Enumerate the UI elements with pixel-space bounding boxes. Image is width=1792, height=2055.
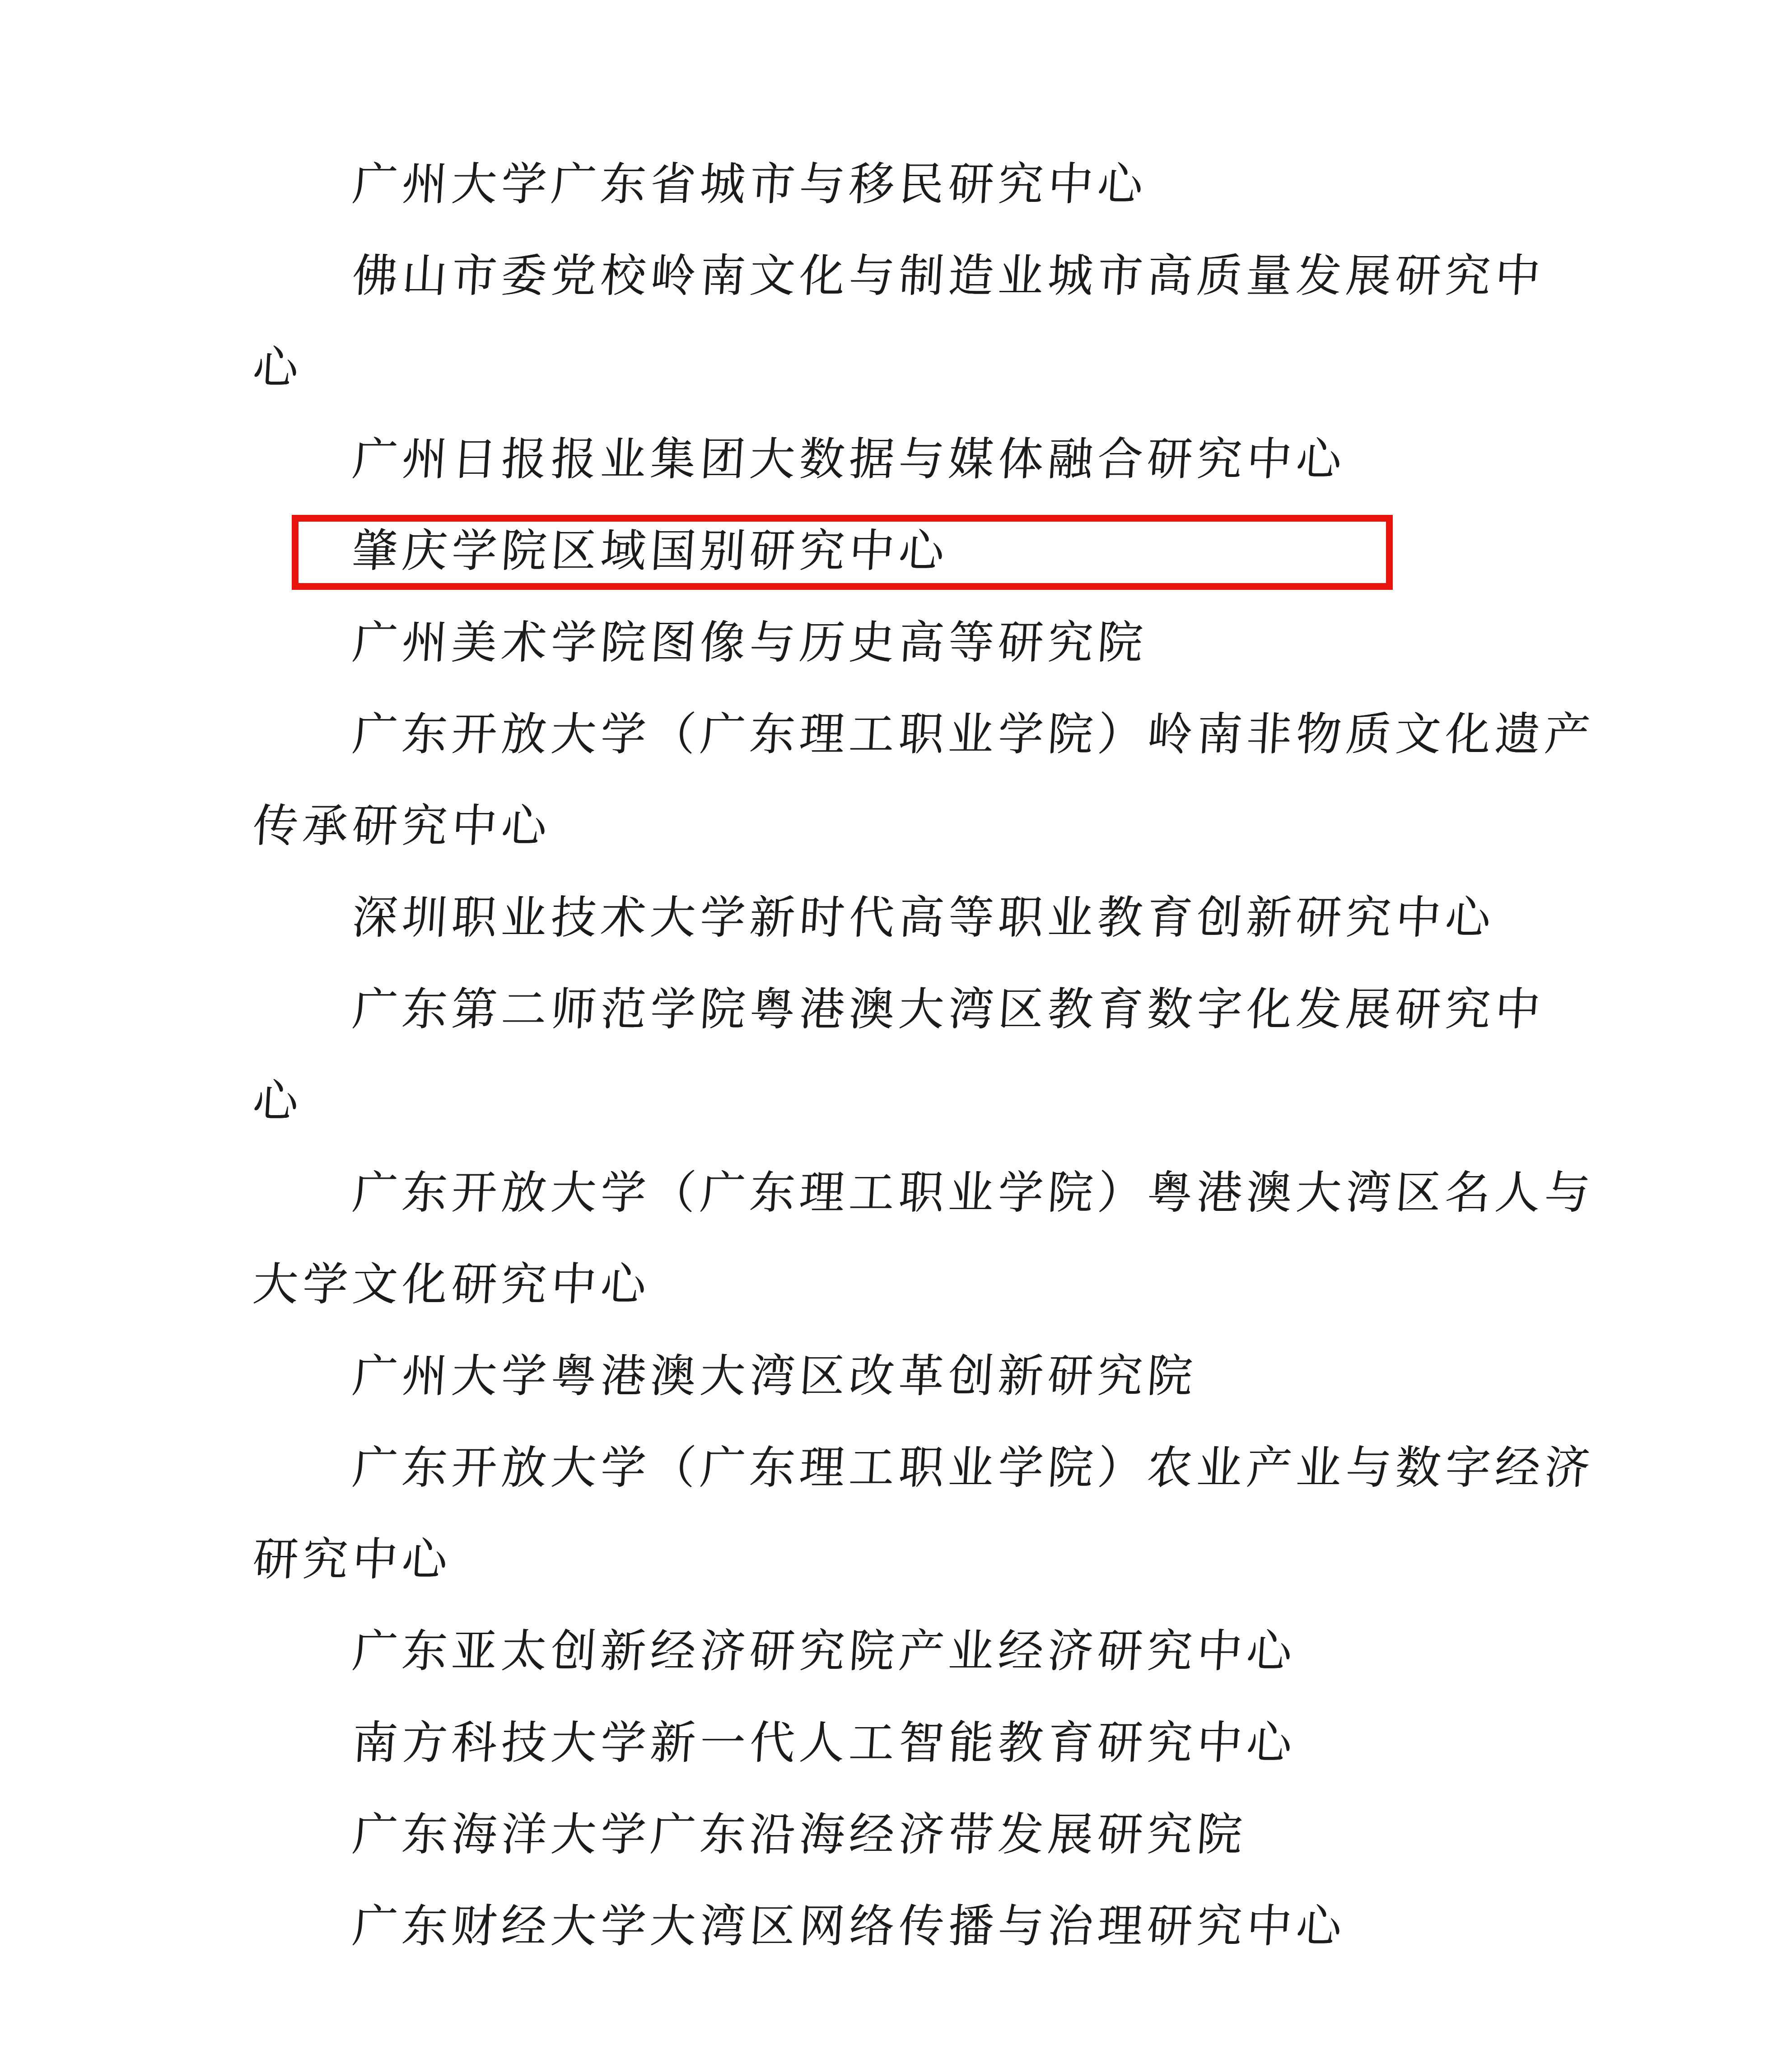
- research-center-entry: 广东开放大学（广东理工职业学院）粤港澳大湾区名人与 大学文化研究中心: [253, 1147, 1680, 1331]
- research-center-entry: 广东第二师范学院粤港澳大湾区教育数字化发展研究中 心: [253, 964, 1680, 1147]
- entry-line: 广州日报报业集团大数据与媒体融合研究中心: [253, 414, 1680, 505]
- entry-text: 广东开放大学（广东理工职业学院）粤港澳大湾区名人与: [350, 1147, 1597, 1239]
- entry-text: 大学文化研究中心: [250, 1239, 653, 1331]
- entry-line: 广州美术学院图像与历史高等研究院: [253, 597, 1680, 689]
- entry-line: 传承研究中心: [253, 780, 1680, 872]
- entry-text: 研究中心: [250, 1514, 454, 1606]
- entry-line: 广东财经大学大湾区网络传播与治理研究中心: [253, 1881, 1680, 1972]
- research-center-entry: 深圳职业技术大学新时代高等职业教育创新研究中心: [253, 872, 1680, 964]
- research-center-entry: 广州美术学院图像与历史高等研究院: [253, 597, 1680, 689]
- entry-text: 广东第二师范学院粤港澳大湾区教育数字化发展研究中: [350, 964, 1547, 1056]
- research-center-entry: 广州大学广东省城市与移民研究中心: [253, 139, 1680, 230]
- document-content: 广州大学广东省城市与移民研究中心 佛山市委党校岭南文化与制造业城市高质量发展研究…: [253, 139, 1680, 1972]
- research-center-entry: 广东开放大学（广东理工职业学院）农业产业与数字经济 研究中心: [253, 1422, 1680, 1606]
- research-center-entry: 广东亚太创新经济研究院产业经济研究中心: [253, 1606, 1680, 1697]
- entry-line: 佛山市委党校岭南文化与制造业城市高质量发展研究中: [253, 230, 1680, 322]
- entry-text: 肇庆学院区域国别研究中心: [350, 505, 951, 597]
- entry-text: 广州日报报业集团大数据与媒体融合研究中心: [350, 414, 1349, 505]
- entry-line: 深圳职业技术大学新时代高等职业教育创新研究中心: [253, 872, 1680, 964]
- entry-line: 研究中心: [253, 1514, 1680, 1606]
- entry-text: 广东海洋大学广东沿海经济带发展研究院: [350, 1789, 1249, 1881]
- entry-text: 广东开放大学（广东理工职业学院）农业产业与数字经济: [350, 1422, 1597, 1514]
- research-center-entry: 南方科技大学新一代人工智能教育研究中心: [253, 1697, 1680, 1789]
- entry-text: 南方科技大学新一代人工智能教育研究中心: [350, 1697, 1299, 1789]
- entry-line: 广东开放大学（广东理工职业学院）农业产业与数字经济: [253, 1422, 1680, 1514]
- research-center-entry: 广东海洋大学广东沿海经济带发展研究院: [253, 1789, 1680, 1881]
- entry-text: 广州美术学院图像与历史高等研究院: [350, 597, 1150, 689]
- entry-line: 南方科技大学新一代人工智能教育研究中心: [253, 1697, 1680, 1789]
- research-center-entry: 广州日报报业集团大数据与媒体融合研究中心: [253, 414, 1680, 505]
- research-center-entry: 广东财经大学大湾区网络传播与治理研究中心: [253, 1881, 1680, 1972]
- entry-line: 肇庆学院区域国别研究中心: [253, 505, 1680, 597]
- entry-line: 广东海洋大学广东沿海经济带发展研究院: [253, 1789, 1680, 1881]
- entry-text: 广州大学粤港澳大湾区改革创新研究院: [350, 1331, 1199, 1422]
- entry-text: 广东开放大学（广东理工职业学院）岭南非物质文化遗产: [350, 689, 1597, 780]
- research-center-entry: 广东开放大学（广东理工职业学院）岭南非物质文化遗产 传承研究中心: [253, 689, 1680, 872]
- entry-text: 广州大学广东省城市与移民研究中心: [350, 139, 1150, 230]
- entry-line: 心: [253, 322, 1680, 414]
- entry-line: 广州大学粤港澳大湾区改革创新研究院: [253, 1331, 1680, 1422]
- entry-line: 广东开放大学（广东理工职业学院）岭南非物质文化遗产: [253, 689, 1680, 780]
- entry-text: 心: [250, 322, 305, 414]
- entry-line: 广东亚太创新经济研究院产业经济研究中心: [253, 1606, 1680, 1697]
- entry-text: 深圳职业技术大学新时代高等职业教育创新研究中心: [350, 872, 1498, 964]
- research-center-entry: 肇庆学院区域国别研究中心: [253, 505, 1680, 597]
- scanned-document-page: 广州大学广东省城市与移民研究中心 佛山市委党校岭南文化与制造业城市高质量发展研究…: [0, 0, 1792, 2055]
- entry-text: 心: [250, 1056, 305, 1147]
- entry-line: 大学文化研究中心: [253, 1239, 1680, 1331]
- entry-line: 广州大学广东省城市与移民研究中心: [253, 139, 1680, 230]
- entry-text: 广东财经大学大湾区网络传播与治理研究中心: [350, 1881, 1349, 1972]
- research-center-entry: 广州大学粤港澳大湾区改革创新研究院: [253, 1331, 1680, 1422]
- entry-line: 心: [253, 1056, 1680, 1147]
- entry-text: 广东亚太创新经济研究院产业经济研究中心: [350, 1606, 1299, 1697]
- research-center-entry: 佛山市委党校岭南文化与制造业城市高质量发展研究中 心: [253, 230, 1680, 414]
- entry-text: 佛山市委党校岭南文化与制造业城市高质量发展研究中: [350, 230, 1547, 322]
- entry-text: 传承研究中心: [250, 780, 554, 872]
- entry-line: 广东开放大学（广东理工职业学院）粤港澳大湾区名人与: [253, 1147, 1680, 1239]
- entry-line: 广东第二师范学院粤港澳大湾区教育数字化发展研究中: [253, 964, 1680, 1056]
